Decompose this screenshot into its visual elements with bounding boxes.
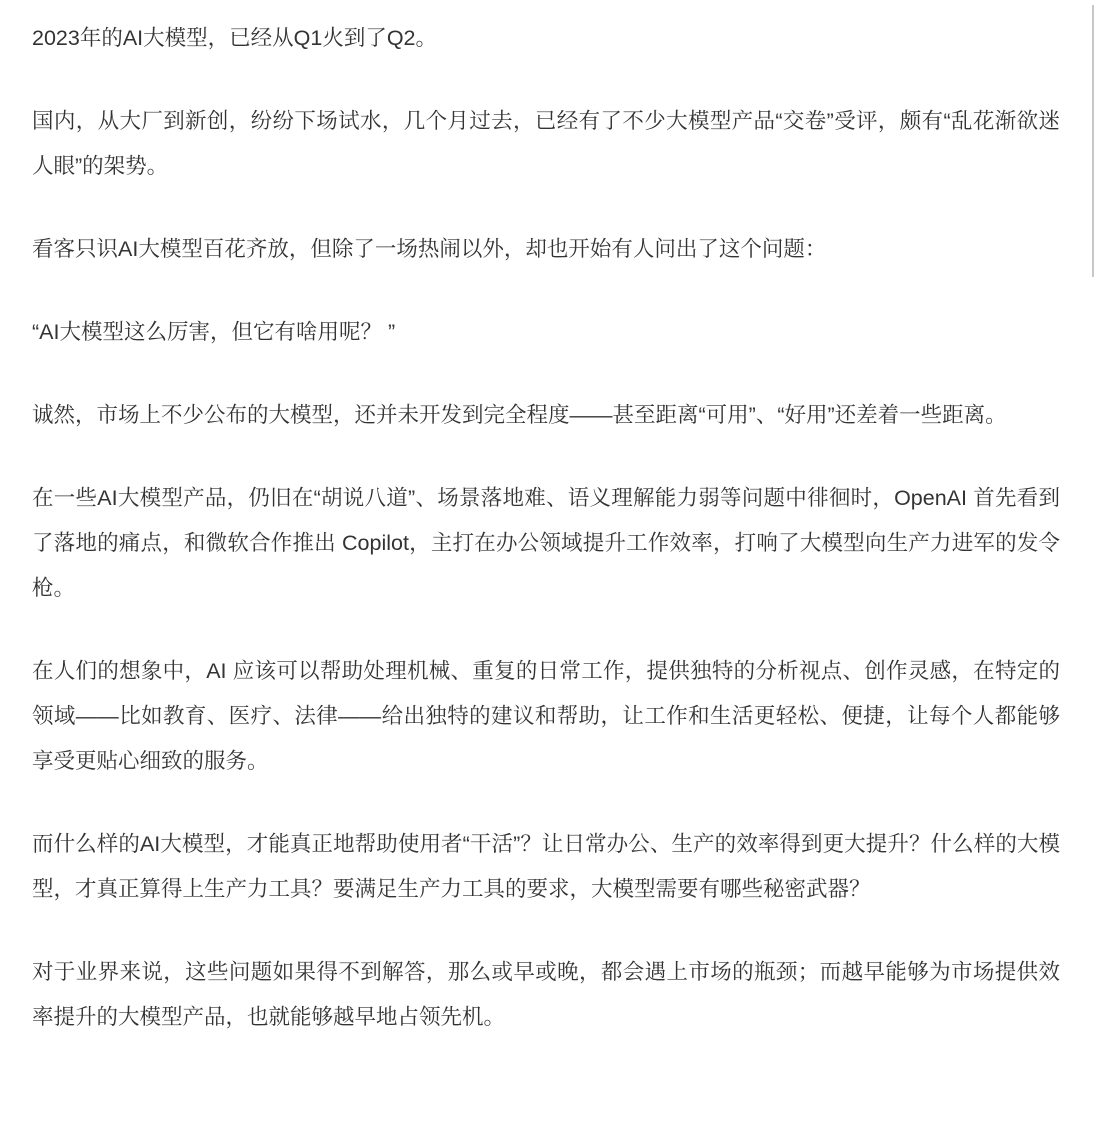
- paragraph-6: 在一些AI大模型产品，仍旧在“胡说八道”、场景落地难、语义理解能力弱等问题中徘徊…: [32, 476, 1060, 611]
- scrollbar-thumb[interactable]: [1092, 5, 1094, 277]
- article-page: 2023年的AI大模型，已经从Q1火到了Q2。 国内，从大厂到新创，纷纷下场试水…: [0, 0, 1095, 1122]
- paragraph-5: 诚然，市场上不少公布的大模型，还并未开发到完全程度——甚至距离“可用”、“好用”…: [32, 393, 1060, 438]
- paragraph-8: 而什么样的AI大模型，才能真正地帮助使用者“干活”？让日常办公、生产的效率得到更…: [32, 822, 1060, 912]
- paragraph-9: 对于业界来说，这些问题如果得不到解答，那么或早或晚，都会遇上市场的瓶颈；而越早能…: [32, 950, 1060, 1040]
- paragraph-2: 国内，从大厂到新创，纷纷下场试水，几个月过去，已经有了不少大模型产品“交卷”受评…: [32, 99, 1060, 189]
- scrollbar[interactable]: [1091, 0, 1095, 1122]
- paragraph-7: 在人们的想象中，AI 应该可以帮助处理机械、重复的日常工作，提供独特的分析视点、…: [32, 649, 1060, 784]
- article-body: 2023年的AI大模型，已经从Q1火到了Q2。 国内，从大厂到新创，纷纷下场试水…: [32, 0, 1060, 1078]
- paragraph-4: “AI大模型这么厉害，但它有啥用呢？ ”: [32, 310, 1060, 355]
- paragraph-3: 看客只识AI大模型百花齐放，但除了一场热闹以外，却也开始有人问出了这个问题：: [32, 227, 1060, 272]
- paragraph-1: 2023年的AI大模型，已经从Q1火到了Q2。: [32, 16, 1060, 61]
